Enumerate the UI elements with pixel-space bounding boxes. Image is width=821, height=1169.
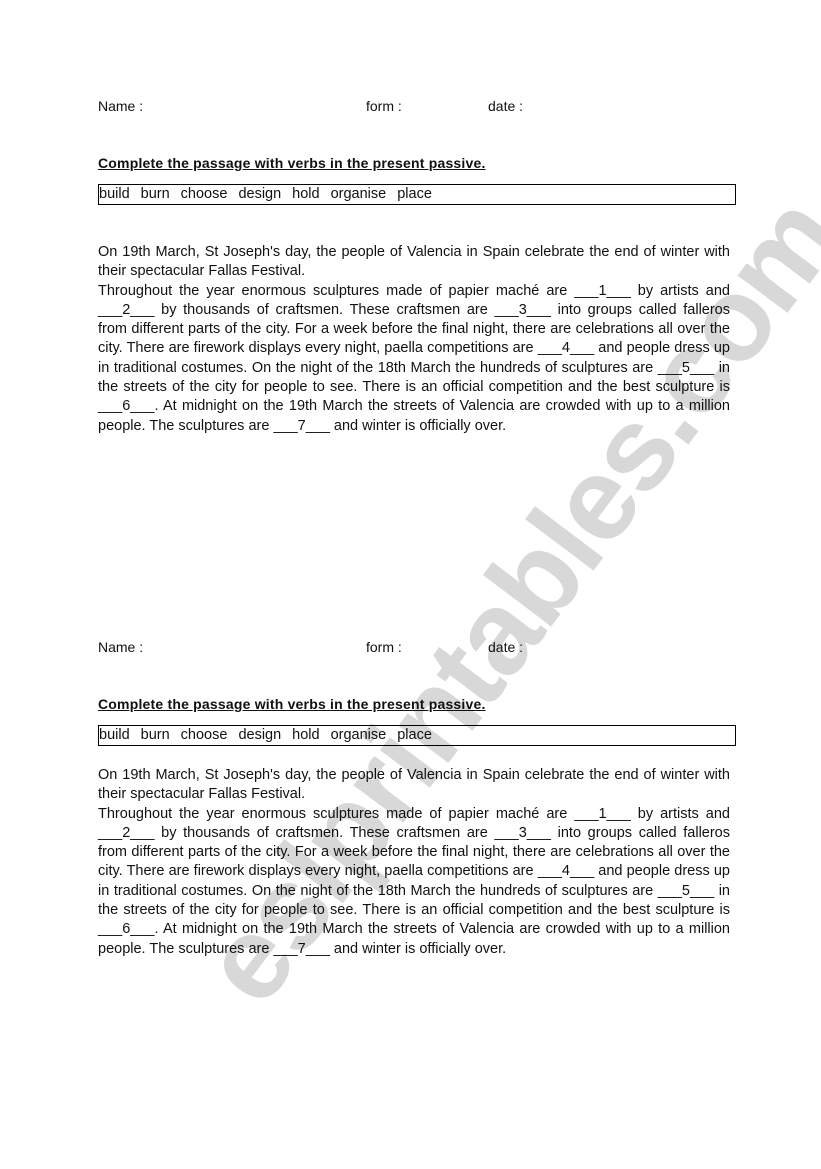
passage-body: Throughout the year enormous sculptures … <box>98 282 730 436</box>
word-bank: buildburnchoosedesignholdorganiseplace <box>98 184 736 205</box>
word: burn <box>141 186 170 202</box>
passage-intro: On 19th March, St Joseph's day, the peop… <box>98 766 730 805</box>
date-label: date : <box>488 98 523 114</box>
header-fields: Name : form : date : <box>98 639 730 659</box>
worksheet-1: Name : form : date : Complete the passag… <box>98 98 730 436</box>
word: hold <box>292 186 319 202</box>
passage-intro: On 19th March, St Joseph's day, the peop… <box>98 243 730 282</box>
word: place <box>397 727 432 743</box>
passage-body: Throughout the year enormous sculptures … <box>98 805 730 959</box>
word: design <box>238 186 281 202</box>
form-label: form : <box>366 98 402 114</box>
word: design <box>238 727 281 743</box>
word-bank: buildburnchoosedesignholdorganiseplace <box>98 725 736 746</box>
word: build <box>99 727 130 743</box>
word: burn <box>141 727 170 743</box>
word: choose <box>181 727 228 743</box>
date-label: date : <box>488 639 523 655</box>
word: build <box>99 186 130 202</box>
name-label: Name : <box>98 639 143 655</box>
word: hold <box>292 727 319 743</box>
word: choose <box>181 186 228 202</box>
instruction: Complete the passage with verbs in the p… <box>98 155 730 171</box>
name-label: Name : <box>98 98 143 114</box>
word: place <box>397 186 432 202</box>
passage: On 19th March, St Joseph's day, the peop… <box>98 766 730 959</box>
form-label: form : <box>366 639 402 655</box>
header-fields: Name : form : date : <box>98 98 730 118</box>
passage: On 19th March, St Joseph's day, the peop… <box>98 243 730 436</box>
worksheet-2: Name : form : date : Complete the passag… <box>98 639 730 959</box>
instruction: Complete the passage with verbs in the p… <box>98 696 730 712</box>
word: organise <box>331 727 387 743</box>
word: organise <box>331 186 387 202</box>
